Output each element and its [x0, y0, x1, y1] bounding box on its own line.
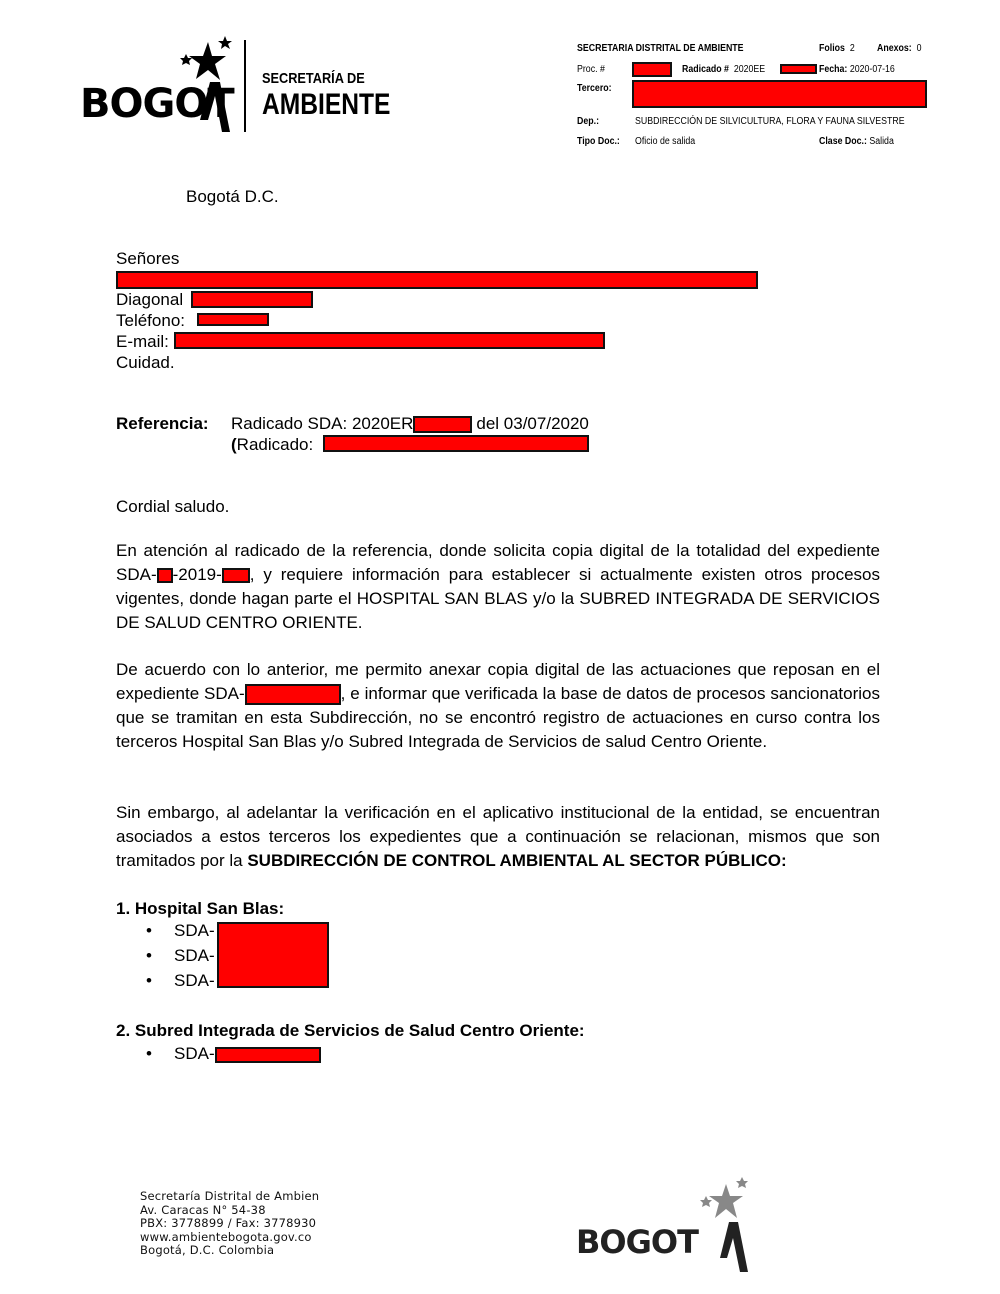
- list-item: SDA-: [174, 1044, 215, 1064]
- reference-radicado2-redaction: [323, 435, 589, 452]
- list-item: SDA-: [174, 946, 215, 966]
- logo-divider: [244, 40, 246, 132]
- section-subred-title: 2. Subred Integrada de Servicios de Salu…: [116, 1019, 585, 1043]
- entity-name: SECRETARIA DISTRITAL DE AMBIENTE: [577, 44, 744, 54]
- list-item: SDA-: [174, 971, 215, 991]
- tercero-label: Tercero:: [577, 84, 612, 94]
- radicado-redaction: [780, 64, 817, 74]
- recipient-salutation: Señores: [116, 247, 179, 271]
- phone-redaction: [197, 313, 269, 326]
- expediente-part2-redaction: [222, 568, 250, 583]
- stars-icon: [176, 36, 236, 86]
- bullet-icon: •: [146, 921, 152, 941]
- footer-city: Bogotá, D.C. Colombia: [140, 1244, 338, 1258]
- list-item: SDA-: [174, 921, 215, 941]
- reference-line2: (Radicado:: [231, 433, 313, 457]
- fecha: Fecha: 2020-07-16: [819, 65, 895, 75]
- tipo-doc-value: Oficio de salida: [635, 137, 695, 147]
- clase-doc: Clase Doc.: Salida: [819, 137, 894, 147]
- footer-logo-a-mark: [720, 1220, 748, 1272]
- footer-address: Av. Caracas N° 54-38: [140, 1204, 338, 1218]
- radicado: Radicado # 2020EE: [682, 65, 765, 75]
- hospital-expedientes-redaction: [217, 922, 329, 988]
- paragraph-2: De acuerdo con lo anterior, me permito a…: [116, 658, 880, 754]
- paragraph-1: En atención al radicado de la referencia…: [116, 539, 880, 635]
- bullet-icon: •: [146, 1044, 152, 1064]
- greeting: Cordial saludo.: [116, 495, 229, 519]
- subred-expediente-redaction: [215, 1047, 321, 1063]
- place-date: Bogotá D.C.: [186, 185, 279, 209]
- reference-radicado-redaction: [413, 416, 472, 433]
- recipient-name-redaction: [116, 271, 758, 289]
- ambiente-label: AMBIENTE: [262, 88, 390, 122]
- city-line: Cuidad.: [116, 351, 175, 375]
- bullet-icon: •: [146, 946, 152, 966]
- proc-label: Proc. #: [577, 65, 605, 75]
- dep-label: Dep.:: [577, 117, 599, 127]
- footer-phone: PBX: 3778899 / Fax: 3778930: [140, 1217, 338, 1231]
- paragraph-3: Sin embargo, al adelantar la verificació…: [116, 801, 880, 873]
- footer-website[interactable]: www.ambientebogota.gov.co: [140, 1231, 338, 1245]
- footer-stars-icon: [696, 1176, 752, 1224]
- anexos: Anexos: 0: [877, 44, 922, 54]
- email-redaction: [174, 332, 605, 349]
- secretaria-label: SECRETARÍA DE: [262, 70, 365, 87]
- section-hospital-title: 1. Hospital San Blas:: [116, 897, 284, 921]
- tercero-redaction: [632, 80, 927, 108]
- reference-label: Referencia:: [116, 412, 209, 436]
- footer-contact: Secretaría Distrital de Ambien Av. Carac…: [140, 1190, 338, 1258]
- expediente-part1-redaction: [157, 568, 173, 583]
- footer-entity: Secretaría Distrital de Ambien: [140, 1190, 338, 1204]
- bogota-wordmark: BOGOT: [80, 84, 234, 124]
- expediente-annex-redaction: [245, 684, 341, 705]
- tipo-doc-label: Tipo Doc.:: [577, 137, 620, 147]
- folios: Folios 2: [819, 44, 855, 54]
- dep-value: SUBDIRECCIÓN DE SILVICULTURA, FLORA Y FA…: [635, 117, 905, 127]
- address-redaction: [191, 291, 313, 308]
- footer-bogota-wordmark: BOGOT: [576, 1226, 698, 1258]
- proc-redaction: [632, 62, 672, 77]
- bullet-icon: •: [146, 971, 152, 991]
